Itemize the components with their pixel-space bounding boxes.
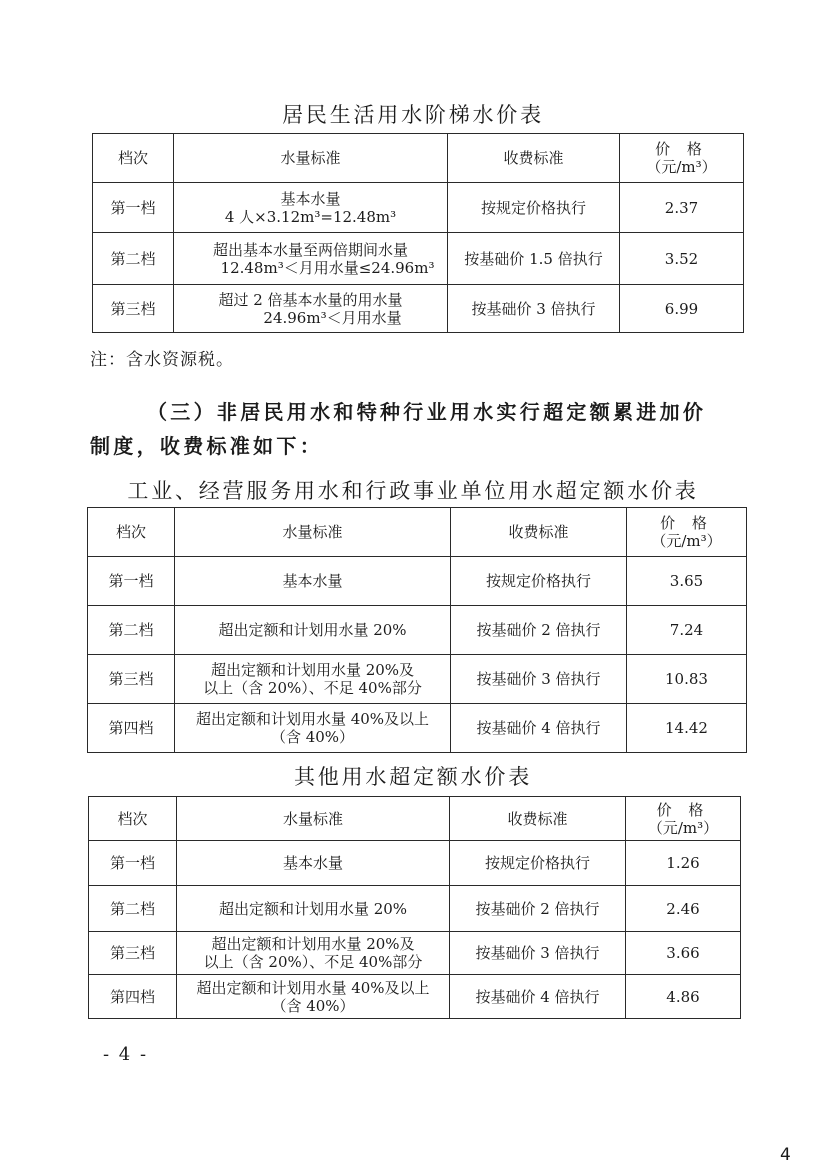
- standard-line: 超出定额和计划用水量 20%及: [179, 661, 446, 679]
- header-water-standard: 水量标准: [175, 508, 451, 557]
- standard-cell: 超出基本水量至两倍期间水量 12.48m³＜月用水量≤24.96m³: [174, 233, 448, 285]
- header-price-label: 价 格: [630, 801, 736, 819]
- residential-tier-price-table: 档次 水量标准 收费标准 价 格 （元/m³） 第一档 基本水量 4 人×3.1…: [92, 133, 744, 333]
- table3-title: 其他用水超定额水价表: [0, 764, 826, 790]
- tier-cell: 第二档: [93, 233, 174, 285]
- standard-cell: 超过 2 倍基本水量的用水量 24.96m³＜月用水量: [174, 285, 448, 333]
- standard-cell: 基本水量: [177, 841, 450, 886]
- charge-cell: 按规定价格执行: [448, 183, 620, 233]
- header-charge-standard: 收费标准: [451, 508, 627, 557]
- standard-line: 12.48m³＜月用水量≤24.96m³: [178, 259, 443, 277]
- price-cell: 2.37: [620, 183, 744, 233]
- table1-title: 居民生活用水阶梯水价表: [0, 102, 826, 128]
- price-cell: 4.86: [626, 975, 741, 1019]
- standard-cell: 超出定额和计划用水量 40%及以上 （含 40%）: [175, 704, 451, 753]
- price-cell: 2.46: [626, 886, 741, 932]
- table-row: 第二档 超出基本水量至两倍期间水量 12.48m³＜月用水量≤24.96m³ 按…: [93, 233, 744, 285]
- header-price: 价 格 （元/m³）: [620, 134, 744, 183]
- standard-line: （含 40%）: [181, 997, 445, 1015]
- header-charge-standard: 收费标准: [448, 134, 620, 183]
- page-marker: - 4 -: [103, 1044, 148, 1065]
- price-cell: 1.26: [626, 841, 741, 886]
- standard-line: 超过 2 倍基本水量的用水量: [178, 291, 443, 309]
- price-cell: 3.52: [620, 233, 744, 285]
- table-row: 第四档 超出定额和计划用水量 40%及以上 （含 40%） 按基础价 4 倍执行…: [89, 975, 741, 1019]
- header-price-label: 价 格: [631, 514, 742, 532]
- table-row: 第二档 超出定额和计划用水量 20% 按基础价 2 倍执行 2.46: [89, 886, 741, 932]
- standard-cell: 超出定额和计划用水量 20%及 以上（含 20%）、不足 40%部分: [175, 655, 451, 704]
- page-number: 4: [780, 1145, 791, 1165]
- table-row: 第三档 超出定额和计划用水量 20%及 以上（含 20%）、不足 40%部分 按…: [89, 932, 741, 975]
- standard-line: 超出定额和计划用水量 20%及: [181, 935, 445, 953]
- table-header-row: 档次 水量标准 收费标准 价 格 （元/m³）: [89, 797, 741, 841]
- charge-cell: 按基础价 1.5 倍执行: [448, 233, 620, 285]
- standard-line: 以上（含 20%）、不足 40%部分: [179, 679, 446, 697]
- table-row: 第一档 基本水量 按规定价格执行 1.26: [89, 841, 741, 886]
- table-row: 第二档 超出定额和计划用水量 20% 按基础价 2 倍执行 7.24: [88, 606, 747, 655]
- standard-line: （含 40%）: [179, 728, 446, 746]
- standard-line: 24.96m³＜月用水量: [178, 309, 443, 327]
- header-water-standard: 水量标准: [177, 797, 450, 841]
- charge-cell: 按基础价 3 倍执行: [448, 285, 620, 333]
- tier-cell: 第一档: [88, 557, 175, 606]
- tier-cell: 第一档: [93, 183, 174, 233]
- standard-cell: 超出定额和计划用水量 40%及以上 （含 40%）: [177, 975, 450, 1019]
- standard-line: 4 人×3.12m³=12.48m³: [178, 208, 443, 226]
- table-header-row: 档次 水量标准 收费标准 价 格 （元/m³）: [93, 134, 744, 183]
- header-water-standard: 水量标准: [174, 134, 448, 183]
- table-row: 第三档 超出定额和计划用水量 20%及 以上（含 20%）、不足 40%部分 按…: [88, 655, 747, 704]
- header-price: 价 格 （元/m³）: [627, 508, 747, 557]
- tier-cell: 第二档: [89, 886, 177, 932]
- standard-line: 超出定额和计划用水量 40%及以上: [181, 979, 445, 997]
- standard-line: 以上（含 20%）、不足 40%部分: [181, 953, 445, 971]
- charge-cell: 按基础价 3 倍执行: [451, 655, 627, 704]
- charge-cell: 按基础价 2 倍执行: [451, 606, 627, 655]
- standard-cell: 超出定额和计划用水量 20%: [175, 606, 451, 655]
- table-row: 第三档 超过 2 倍基本水量的用水量 24.96m³＜月用水量 按基础价 3 倍…: [93, 285, 744, 333]
- standard-line: 超出基本水量至两倍期间水量: [178, 241, 443, 259]
- charge-cell: 按基础价 2 倍执行: [450, 886, 626, 932]
- tier-cell: 第二档: [88, 606, 175, 655]
- charge-cell: 按基础价 3 倍执行: [450, 932, 626, 975]
- price-cell: 3.65: [627, 557, 747, 606]
- table-header-row: 档次 水量标准 收费标准 价 格 （元/m³）: [88, 508, 747, 557]
- tier-cell: 第三档: [93, 285, 174, 333]
- header-price-unit: （元/m³）: [630, 819, 736, 837]
- header-price: 价 格 （元/m³）: [626, 797, 741, 841]
- price-cell: 3.66: [626, 932, 741, 975]
- header-price-unit: （元/m³）: [624, 158, 739, 176]
- charge-cell: 按规定价格执行: [450, 841, 626, 886]
- tier-cell: 第四档: [88, 704, 175, 753]
- tier-cell: 第三档: [88, 655, 175, 704]
- standard-cell: 超出定额和计划用水量 20%: [177, 886, 450, 932]
- standard-cell: 超出定额和计划用水量 20%及 以上（含 20%）、不足 40%部分: [177, 932, 450, 975]
- header-tier: 档次: [89, 797, 177, 841]
- table-row: 第一档 基本水量 4 人×3.12m³=12.48m³ 按规定价格执行 2.37: [93, 183, 744, 233]
- price-cell: 7.24: [627, 606, 747, 655]
- table2-title: 工业、经营服务用水和行政事业单位用水超定额水价表: [0, 478, 826, 504]
- charge-cell: 按规定价格执行: [451, 557, 627, 606]
- table-row: 第四档 超出定额和计划用水量 40%及以上 （含 40%） 按基础价 4 倍执行…: [88, 704, 747, 753]
- header-price-unit: （元/m³）: [631, 532, 742, 550]
- tier-cell: 第四档: [89, 975, 177, 1019]
- tier-cell: 第一档: [89, 841, 177, 886]
- standard-cell: 基本水量 4 人×3.12m³=12.48m³: [174, 183, 448, 233]
- standard-line: 基本水量: [178, 190, 443, 208]
- paragraph-line-2: 制度，收费标准如下：: [90, 433, 323, 459]
- standard-cell: 基本水量: [175, 557, 451, 606]
- table-row: 第一档 基本水量 按规定价格执行 3.65: [88, 557, 747, 606]
- header-tier: 档次: [93, 134, 174, 183]
- tax-note: 注：含水资源税。: [90, 345, 234, 370]
- standard-line: 超出定额和计划用水量 40%及以上: [179, 710, 446, 728]
- header-price-label: 价 格: [624, 140, 739, 158]
- price-cell: 14.42: [627, 704, 747, 753]
- industrial-overquota-price-table: 档次 水量标准 收费标准 价 格 （元/m³） 第一档 基本水量 按规定价格执行…: [87, 507, 747, 753]
- tier-cell: 第三档: [89, 932, 177, 975]
- price-cell: 6.99: [620, 285, 744, 333]
- header-charge-standard: 收费标准: [450, 797, 626, 841]
- other-overquota-price-table: 档次 水量标准 收费标准 价 格 （元/m³） 第一档 基本水量 按规定价格执行…: [88, 796, 741, 1019]
- paragraph-line-1: （三）非居民用水和特种行业用水实行超定额累进加价: [147, 399, 706, 425]
- price-cell: 10.83: [627, 655, 747, 704]
- charge-cell: 按基础价 4 倍执行: [450, 975, 626, 1019]
- header-tier: 档次: [88, 508, 175, 557]
- charge-cell: 按基础价 4 倍执行: [451, 704, 627, 753]
